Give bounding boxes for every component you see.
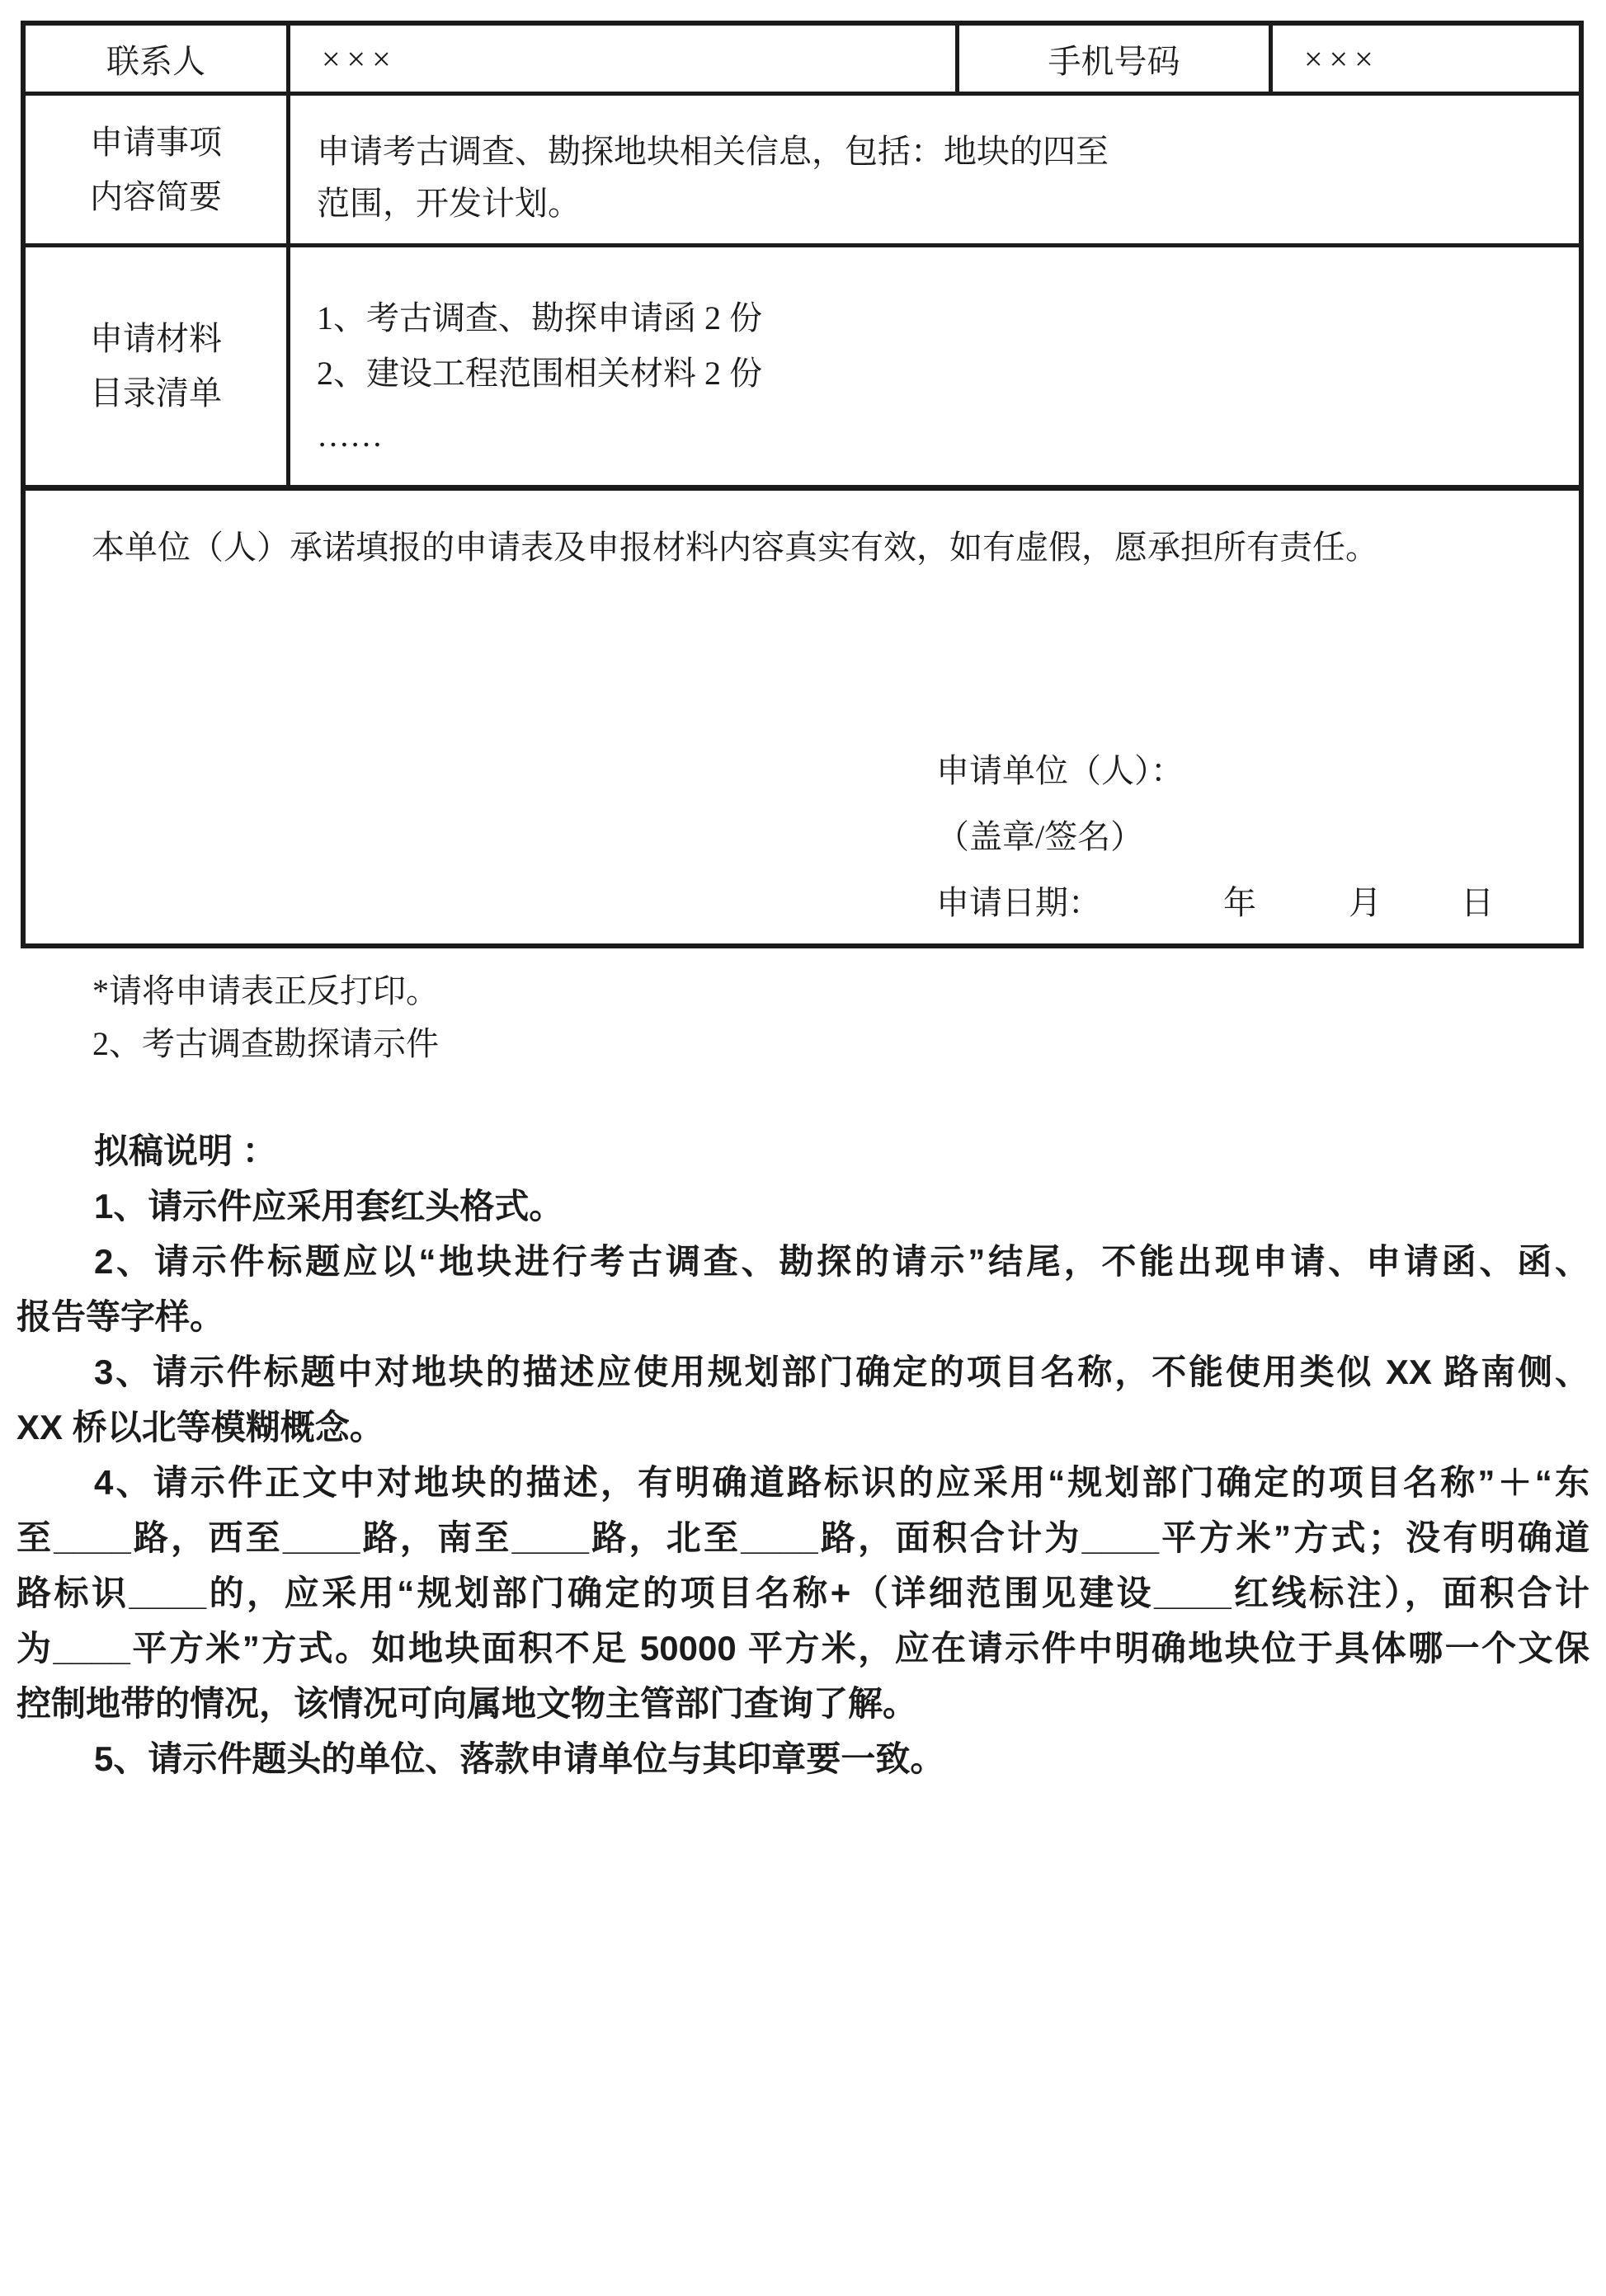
date-label: 申请日期： [936,884,1101,921]
draft-note-line-8: 路标识____的，应采用“规划部门确定的项目名称+（详细范围见建设____红线标… [16,1565,1590,1621]
materials-label-cell: 申请材料 目录清单 [26,247,290,485]
application-table: 联系人 ××× 手机号码 ××× 申请事项 内容简要 申请考古调查、勘探地块相关… [21,21,1584,948]
draft-notes: 拟稿说明 ： 1、请示件应采用套红头格式。 2、请示件标题应以“地块进行考古调查… [16,1123,1590,1786]
materials-item-1: 1、考古调查、勘探申请函 2 份 [317,290,1554,346]
seal-label: （盖章/签名） [936,804,1494,870]
print-note: *请将申请表正反打印。 [16,965,1590,1018]
materials-label-line1: 申请材料 [90,312,222,366]
attachment-item: 2、考古调查勘探请示件 [16,1018,1590,1070]
day-label: 日 [1461,884,1494,921]
month-label: 月 [1349,884,1382,921]
phone-label: 手机号码 [1048,35,1180,82]
draft-note-line-4: 3、请示件标题中对地块的描述应使用规划部门确定的项目名称，不能使用类似 XX 路… [16,1344,1590,1400]
draft-note-line-7: 至____路，西至____路，南至____路，北至____路，面积合计为____… [16,1510,1590,1565]
materials-row: 申请材料 目录清单 1、考古调查、勘探申请函 2 份 2、建设工程范围相关材料 … [26,247,1579,491]
contact-value: ××× [322,40,398,78]
applicant-label: 申请单位（人）： [936,738,1494,804]
draft-note-line-3: 报告等字样。 [16,1289,1590,1344]
draft-note-line-1: 1、请示件应采用套红头格式。 [16,1179,1590,1234]
matter-content-line2: 范围，开发计划。 [317,177,1554,229]
date-line: 申请日期：年月日 [936,870,1494,936]
phone-label-cell: 手机号码 [959,26,1273,92]
contact-label: 联系人 [106,35,205,82]
blank-line [16,1070,1590,1123]
draft-note-line-5: XX 桥以北等模糊概念。 [16,1400,1590,1455]
draft-note-line-6: 4、请示件正文中对地块的描述，有明确道路标识的应采用“规划部门确定的项目名称”＋… [16,1455,1590,1510]
contact-value-cell: ××× [290,26,959,92]
draft-note-line-10: 控制地带的情况，该情况可向属地文物主管部门查询了解。 [16,1676,1590,1731]
scanned-application-form: { "table": { "contact_row": { "label": "… [0,0,1606,2296]
materials-label-line2: 目录清单 [90,366,222,421]
notes-section: *请将申请表正反打印。 2、考古调查勘探请示件 拟稿说明 ： 1、请示件应采用套… [16,965,1590,1786]
matter-content-line1: 申请考古调查、勘探地块相关信息，包括：地块的四至 [317,125,1554,177]
materials-content-cell: 1、考古调查、勘探申请函 2 份 2、建设工程范围相关材料 2 份 …… [290,247,1579,485]
phone-value: ××× [1304,40,1380,78]
phone-value-cell: ××× [1273,26,1579,92]
draft-note-line-11: 5、请示件题头的单位、落款申请单位与其印章要一致。 [16,1731,1590,1786]
matter-content-cell: 申请考古调查、勘探地块相关信息，包括：地块的四至 范围，开发计划。 [290,96,1579,243]
materials-item-ellipsis: …… [317,407,1554,463]
contact-label-cell: 联系人 [26,26,290,92]
matter-row: 申请事项 内容简要 申请考古调查、勘探地块相关信息，包括：地块的四至 范围，开发… [26,96,1579,247]
draft-notes-title: 拟稿说明 ： [16,1123,1590,1179]
draft-note-line-2: 2、请示件标题应以“地块进行考古调查、勘探的请示”结尾，不能出现申请、申请函、函… [16,1234,1590,1289]
matter-label-line1: 申请事项 [90,115,222,170]
contact-row: 联系人 ××× 手机号码 ××× [26,26,1579,96]
year-label: 年 [1223,884,1256,921]
materials-item-2: 2、建设工程范围相关材料 2 份 [317,346,1554,401]
matter-label-line2: 内容简要 [90,170,222,224]
signature-block: 申请单位（人）： （盖章/签名） 申请日期：年月日 [936,738,1494,936]
draft-note-line-9: 为____平方米”方式。如地块面积不足 50000 平方米，应在请示件中明确地块… [16,1621,1590,1676]
commitment-row: 本单位（人）承诺填报的申请表及申报材料内容真实有效，如有虚假，愿承担所有责任。 … [26,491,1579,943]
matter-label-cell: 申请事项 内容简要 [26,96,290,243]
